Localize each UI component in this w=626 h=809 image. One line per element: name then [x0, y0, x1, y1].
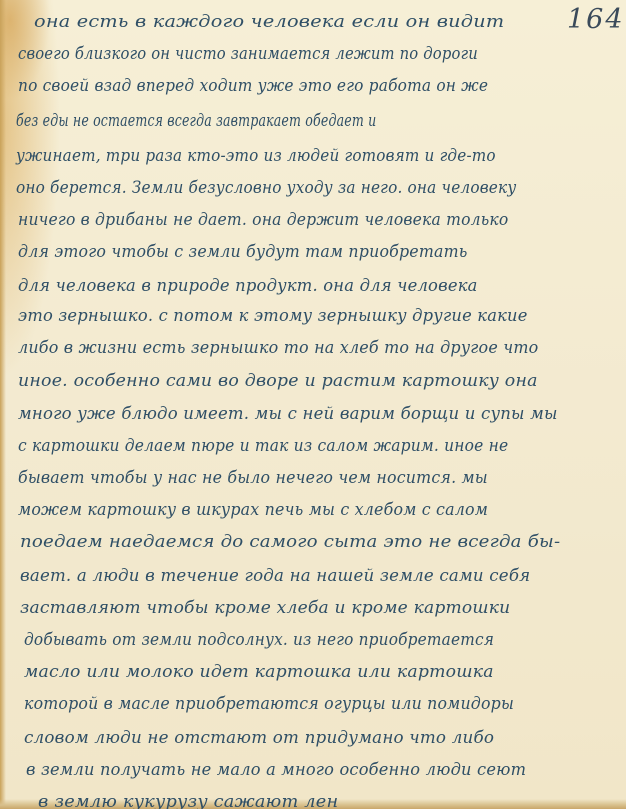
text-line: много уже блюдо имеет. мы с ней варим бо… — [18, 404, 558, 424]
page-left-edge-stain — [0, 0, 6, 809]
page-number: 164 — [567, 4, 625, 35]
text-line: оно берется. Земли безусловно уходу за н… — [16, 178, 516, 198]
text-line: ужинает, три раза кто-это из людей готов… — [16, 146, 496, 166]
text-line: своего близкого он чисто занимается лежи… — [18, 44, 478, 64]
text-line: по своей взад вперед ходит уже это его р… — [18, 76, 488, 96]
text-line: масло или молоко идет картошка или карто… — [24, 662, 494, 682]
text-line: для этого чтобы с земли будут там приобр… — [18, 242, 468, 262]
text-line: можем картошку в шкурах печь мы с хлебом… — [18, 500, 488, 520]
text-line: заставляют чтобы кроме хлеба и кроме кар… — [20, 598, 510, 618]
text-line: без еды не остается всегда завтракает об… — [16, 111, 376, 131]
text-line: иное. особенно сами во дворе и растим ка… — [18, 371, 538, 391]
manuscript-page: 164 она есть в каждого человека если он … — [0, 0, 626, 809]
text-line: она есть в каждого человека если он види… — [34, 12, 504, 32]
text-line: это зернышко. с потом к этому зернышку д… — [18, 306, 528, 326]
text-line: в землю кукурузу сажают лен — [38, 792, 338, 809]
text-line: которой в масле приобретаются огурцы или… — [24, 694, 514, 714]
text-line: ничего в дрибаны не дает. она держит чел… — [18, 210, 508, 230]
text-line: для человека в природе продукт. она для … — [18, 276, 478, 296]
text-line: словом люди не отстают от придумано что … — [24, 728, 494, 748]
text-line: добывать от земли подсолнух. из него при… — [24, 630, 494, 650]
text-line: либо в жизни есть зернышко то на хлеб то… — [18, 338, 538, 358]
text-line: бывает чтобы у нас не было нечего чем но… — [18, 468, 488, 488]
text-line: с картошки делаем пюре и так из салом жа… — [18, 436, 508, 456]
text-line: поедаем наедаемся до самого сыта это не … — [20, 532, 560, 552]
text-line: в земли получать не мало а много особенн… — [26, 760, 526, 780]
text-line: вает. а люди в течение года на нашей зем… — [20, 566, 530, 586]
